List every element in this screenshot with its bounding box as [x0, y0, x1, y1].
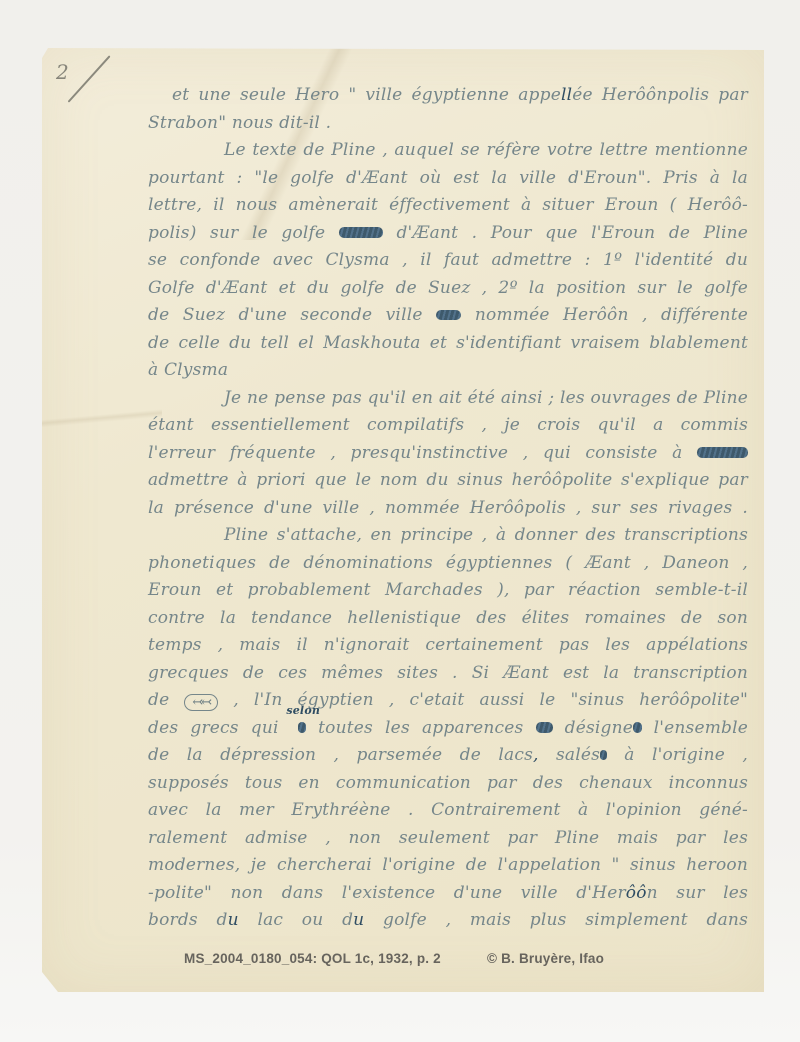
manuscript-line: supposés tous en communication par des c…: [148, 770, 748, 798]
handwritten-text: se confonde avec Clysma , il faut admett…: [148, 250, 748, 270]
handwritten-text: admettre à priori que le nom du sinus he…: [148, 470, 748, 490]
manuscript-line: de la dépression , parsemée de lacs, sal…: [148, 742, 748, 770]
handwritten-text: u: [228, 910, 239, 930]
manuscript-line: polis) sur le golfe d'Æant . Pour que l'…: [148, 220, 748, 248]
manuscript-line: l'erreur fréquente , presqu'instinctive …: [148, 440, 748, 468]
manuscript-line: la présence d'une ville , nommée Herôôpo…: [148, 495, 748, 523]
handwritten-text: l'erreur fréquente , presqu'instinctive …: [148, 443, 697, 463]
manuscript-line: et une seule Hero " ville égyptienne app…: [148, 82, 748, 110]
manuscript-line: bords du lac ou du golfe , mais plus sim…: [148, 907, 748, 935]
manuscript-line: grecques de ces mêmes sites . Si Æant es…: [148, 660, 748, 688]
manuscript-line: pourtant : "le golfe d'Æant où est la vi…: [148, 165, 748, 193]
page-number: 2: [56, 60, 69, 84]
handwritten-text: nommée Herôôn , différente: [461, 305, 748, 325]
crossed-out-word: [339, 227, 383, 238]
handwritten-text: Pline s'attache, en principe , à donner …: [224, 525, 748, 545]
copyright-notice: © B. Bruyère, Ifao: [487, 951, 604, 966]
crossed-out-word: [436, 310, 462, 321]
handwritten-text: Je ne pense pas qu'il en ait été ainsi ;…: [224, 388, 748, 408]
manuscript-lines: et une seule Hero " ville égyptienne app…: [148, 82, 748, 935]
manuscript-line: Je ne pense pas qu'il en ait été ainsi ;…: [148, 385, 748, 413]
manuscript-line: de celle du tell el Maskhouta et s'ident…: [148, 330, 748, 358]
manuscript-line: de ↢↢ , l'In égyptien , c'etait aussi le…: [148, 687, 748, 715]
handwritten-text: de celle du tell el Maskhouta et s'ident…: [148, 333, 748, 353]
manuscript-line: Strabon" nous dit-il .: [148, 110, 748, 138]
handwritten-text: pourtant : "le golfe d'Æant où est la vi…: [148, 168, 748, 188]
inserted-word: selon: [291, 716, 298, 733]
manuscript-line: de Suez d'une seconde ville nommée Herôô…: [148, 302, 748, 330]
manuscript-line: Eroun et probablement Marchades ), par r…: [148, 577, 748, 605]
handwritten-text: la présence d'une ville , nommée Herôôpo…: [148, 498, 748, 518]
manuscript-line: avec la mer Erythréène . Contrairement à…: [148, 797, 748, 825]
handwritten-text: u: [353, 910, 364, 930]
handwritten-text: des grecs qui: [148, 718, 291, 738]
handwritten-text: grecques de ces mêmes sites . Si Æant es…: [148, 663, 748, 683]
handwritten-text: désigne: [553, 718, 634, 738]
crossed-out-word: [298, 722, 307, 733]
manuscript-line: admettre à priori que le nom du sinus he…: [148, 467, 748, 495]
handwritten-text: d'Æant . Pour que l'Eroun de Pline: [383, 223, 748, 243]
handwritten-text: ll: [561, 85, 572, 105]
crossed-out-word: [536, 722, 553, 733]
handwritten-text: l'ensemble: [642, 718, 749, 738]
handwritten-text: contre la tendance hellenistique des éli…: [148, 608, 748, 628]
crossed-out-word: [633, 722, 642, 733]
manuscript-line: temps , mais il n'ignorait certainement …: [148, 632, 748, 660]
handwritten-text: salés: [539, 745, 600, 765]
manuscript-line: Le texte de Pline , auquel se réfère vot…: [148, 137, 748, 165]
handwritten-text: lettre, il nous amènerait éffectivement …: [148, 195, 748, 215]
manuscript-page: 2 et une seule Hero " ville égyptienne a…: [42, 48, 764, 992]
manuscript-line: ralement admise , non seulement par Plin…: [148, 825, 748, 853]
handwritten-text: à l'origine ,: [607, 745, 748, 765]
manuscript-line: modernes, je chercherai l'origine de l'a…: [148, 852, 748, 880]
hieroglyph-cartouche: ↢↢: [184, 694, 218, 711]
handwritten-text: modernes, je chercherai l'origine de l'a…: [148, 855, 748, 875]
manuscript-line: à Clysma: [148, 357, 748, 385]
crossed-out-word: [600, 750, 607, 761]
catalog-reference: MS_2004_0180_054: QOL 1c, 1932, p. 2: [184, 951, 441, 966]
handwritten-text: de: [148, 690, 184, 710]
handwritten-text: Eroun et probablement Marchades ), par r…: [148, 580, 748, 600]
handwritten-text: de la dépression , parsemée de lacs: [148, 745, 533, 765]
manuscript-line: lettre, il nous amènerait éffectivement …: [148, 192, 748, 220]
manuscript-line: étant essentiellement compilatifs , je c…: [148, 412, 748, 440]
handwritten-text: et une seule Hero " ville égyptienne app…: [172, 85, 561, 105]
handwritten-text: golfe , mais plus simplement dans: [364, 910, 748, 930]
manuscript-line: phonetiques de dénominations égyptiennes…: [148, 550, 748, 578]
handwritten-text: n sur les: [647, 883, 748, 903]
handwritten-text: supposés tous en communication par des c…: [148, 773, 748, 793]
handwritten-text: temps , mais il n'ignorait certainement …: [148, 635, 748, 655]
manuscript-line: Pline s'attache, en principe , à donner …: [148, 522, 748, 550]
handwritten-text: ée Herôônpolis par: [572, 85, 748, 105]
handwritten-text: étant essentiellement compilatifs , je c…: [148, 415, 748, 435]
handwritten-text: -polite" non dans l'existence d'une vill…: [148, 883, 626, 903]
handwritten-text: lac ou d: [239, 910, 353, 930]
handwritten-text: de Suez d'une seconde ville: [148, 305, 436, 325]
handwritten-text: phonetiques de dénominations égyptiennes…: [148, 553, 748, 573]
handwritten-text: Strabon" nous dit-il .: [148, 113, 331, 133]
handwritten-text: avec la mer Erythréène . Contrairement à…: [148, 800, 748, 820]
handwritten-text: ralement admise , non seulement par Plin…: [148, 828, 748, 848]
inserted-word-text: selon: [286, 697, 320, 725]
manuscript-line: contre la tendance hellenistique des éli…: [148, 605, 748, 633]
manuscript-line: Golfe d'Æant et du golfe de Suez , 2º la…: [148, 275, 748, 303]
handwritten-text: ôô: [626, 883, 647, 903]
manuscript-line: -polite" non dans l'existence d'une vill…: [148, 880, 748, 908]
handwritten-text: à Clysma: [148, 360, 228, 380]
handwritten-text: bords d: [148, 910, 228, 930]
handwritten-text: polis) sur le golfe: [148, 223, 339, 243]
handwritten-text: Golfe d'Æant et du golfe de Suez , 2º la…: [148, 278, 748, 298]
page-number-slash: [68, 55, 111, 102]
manuscript-line: se confonde avec Clysma , il faut admett…: [148, 247, 748, 275]
manuscript-line: des grecs qui selon toutes les apparence…: [148, 715, 748, 743]
handwritten-text: Le texte de Pline , auquel se réfère vot…: [224, 140, 748, 160]
handwritten-text: toutes les apparences: [306, 718, 536, 738]
crossed-out-word: [697, 447, 748, 458]
